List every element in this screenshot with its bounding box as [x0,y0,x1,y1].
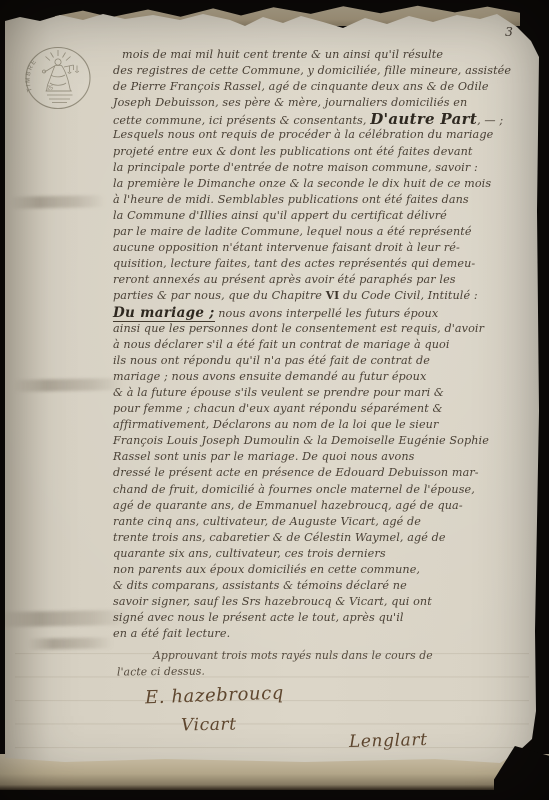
manuscript-line: Lesquels nous ont requis de procéder à l… [113,127,537,143]
stamp-value: 25 [48,86,54,92]
manuscript-text: aucune opposition n'étant intervenue fai… [113,241,460,254]
manuscript-line: ils nous ont répondu qu'il n'a pas été f… [113,353,537,369]
manuscript-text: ainsi que les personnes dont le consente… [113,322,484,335]
signature-vicart: Vicart [181,715,237,736]
manuscript-text: ils nous ont répondu qu'il n'a pas été f… [113,354,430,367]
manuscript-text: quarante six ans, cultivateur, ces trois… [113,547,386,560]
manuscript-text: à nous déclarer s'il a été fait un contr… [113,338,450,351]
manuscript-text: , — ; [477,114,503,127]
scanned-register-photo: 3 [0,0,549,800]
manuscript-text: cette commune, ici présents & consentant… [113,114,370,127]
timbre-stamp: TIMBRE 25 [21,41,95,115]
manuscript-text: projeté entre eux & dont les publication… [113,145,473,158]
manuscript-line: Rassel sont unis par le mariage. De quoi… [113,449,537,465]
manuscript-line: aucune opposition n'étant intervenue fai… [113,240,537,256]
manuscript-line: quisition, lecture faites, tant des acte… [113,256,537,272]
manuscript-text: la première le Dimanche onze & la second… [113,177,491,190]
manuscript-line: la Commune d'Illies ainsi qu'il appert d… [113,208,537,224]
manuscript-text: & à la future épouse s'ils veulent se pr… [113,386,444,399]
register-page: 3 [5,11,539,763]
manuscript-text: François Louis Joseph Dumoulin & la Demo… [113,434,489,447]
manuscript-line: reront annexés au présent après avoir ét… [113,272,537,288]
manuscript-text: mois de mai mil huit cent trente & un ai… [122,48,443,61]
ink-bleed [1,610,129,627]
manuscript-emphasis: Du mariage ; [113,305,215,322]
manuscript-line: quarante six ans, cultivateur, ces trois… [113,546,537,562]
manuscript-line: projeté entre eux & dont les publication… [113,144,537,160]
manuscript-emphasis: D'autre Part [370,110,477,128]
manuscript-text: agé de quarante ans, de Emmanuel hazebro… [113,499,463,512]
manuscript-text: la principale porte d'entrée de notre ma… [113,161,478,174]
manuscript-line: affirmativement, Déclarons au nom de la … [113,417,537,433]
manuscript-text: Joseph Debuisson, ses père & mère, journ… [113,96,467,109]
manuscript-text: affirmativement, Déclarons au nom de la … [113,418,438,431]
manuscript-line: mois de mai mil huit cent trente & un ai… [113,47,537,63]
manuscript-line: trente trois ans, cabaretier & de Célest… [113,530,537,546]
manuscript-text: chand de fruit, domicilié à fournes oncl… [113,483,475,496]
manuscript-line: Du mariage ; nous avons interpellé les f… [113,305,537,321]
manuscript-line: parties & par nous, que du Chapitre VI d… [113,288,537,304]
manuscript-lines: mois de mai mil huit cent trente & un ai… [113,47,537,642]
manuscript-text: du Code Civil, Intitulé : [339,289,477,302]
ink-bleed [10,195,106,209]
manuscript-line: la première le Dimanche onze & la second… [113,176,537,192]
signature-hazebroucq: E. hazebroucq [145,683,285,709]
manuscript-text: & dits comparans, assistants & témoins d… [113,579,407,592]
manuscript-line: à nous déclarer s'il a été fait un contr… [113,337,537,353]
manuscript-text: en a été fait lecture. [113,627,230,640]
manuscript-line: Joseph Debuisson, ses père & mère, journ… [113,95,537,111]
ink-bleed [13,378,125,392]
ink-bleed [27,637,113,649]
manuscript-line: & dits comparans, assistants & témoins d… [113,578,537,594]
manuscript-text: Lesquels nous ont requis de procéder à l… [113,128,493,141]
manuscript-line: mariage ; nous avons ensuite demandé au … [113,369,537,385]
manuscript-line: pour femme ; chacun d'eux ayant répondu … [113,401,537,417]
manuscript-line: rante cinq ans, cultivateur, de Auguste … [113,514,537,530]
manuscript-text: mariage ; nous avons ensuite demandé au … [113,370,426,383]
page-number: 3 [505,24,513,39]
manuscript-line: en a été fait lecture. [113,626,537,642]
manuscript-text: par le maire de ladite Commune, lequel n… [113,225,472,238]
manuscript-text: signé avec nous le présent acte le tout,… [113,611,404,624]
manuscript-line: la principale porte d'entrée de notre ma… [113,160,537,176]
manuscript-line: & à la future épouse s'ils veulent se pr… [113,385,537,401]
manuscript-line: par le maire de ladite Commune, lequel n… [113,224,537,240]
manuscript-line: François Louis Joseph Dumoulin & la Demo… [113,433,537,449]
manuscript-line: ainsi que les personnes dont le consente… [113,321,537,337]
manuscript-text: la Commune d'Illies ainsi qu'il appert d… [113,209,447,222]
manuscript-text: de Pierre François Rassel, agé de cinqua… [113,80,489,93]
manuscript-line: non parents aux époux domiciliés en cett… [113,562,537,578]
manuscript-text: nous avons interpellé les futurs époux [215,307,439,320]
marginal-note-line: l'acte ci dessus. [117,665,205,679]
manuscript-line: agé de quarante ans, de Emmanuel hazebro… [113,498,537,514]
manuscript-line: dressé le présent acte en présence de Ed… [113,465,537,481]
manuscript-text: non parents aux époux domiciliés en cett… [113,563,420,576]
marginal-note-line: Approuvant trois mots rayés nuls dans le… [153,649,433,662]
manuscript-text: à l'heure de midi. Semblables publicatio… [113,193,469,206]
manuscript-line: de Pierre François Rassel, agé de cinqua… [113,79,537,95]
signature-lenglart: Lenglart [349,730,428,752]
manuscript-line: chand de fruit, domicilié à fournes oncl… [113,482,537,498]
manuscript-text: Rassel sont unis par le mariage. De quoi… [113,450,414,463]
manuscript-emphasis: VI [326,289,340,302]
manuscript-line: à l'heure de midi. Semblables publicatio… [113,192,537,208]
manuscript-text: rante cinq ans, cultivateur, de Auguste … [113,515,421,528]
manuscript-line: cette commune, ici présents & consentant… [113,111,537,127]
manuscript-text: dressé le présent acte en présence de Ed… [113,466,479,479]
manuscript-line: savoir signer, sauf les Srs hazebroucq &… [113,594,537,610]
manuscript-text: reront annexés au présent après avoir ét… [113,273,456,286]
manuscript-text: des registres de cette Commune, y domici… [113,64,511,77]
manuscript-text: parties & par nous, que du Chapitre [113,289,326,302]
manuscript-line: des registres de cette Commune, y domici… [113,63,537,79]
manuscript-text: trente trois ans, cabaretier & de Célest… [113,531,446,544]
manuscript-text: pour femme ; chacun d'eux ayant répondu … [113,402,443,415]
manuscript-text: quisition, lecture faites, tant des acte… [113,257,475,270]
manuscript-text: savoir signer, sauf les Srs hazebroucq &… [113,595,432,608]
manuscript-line: signé avec nous le présent acte le tout,… [113,610,537,626]
